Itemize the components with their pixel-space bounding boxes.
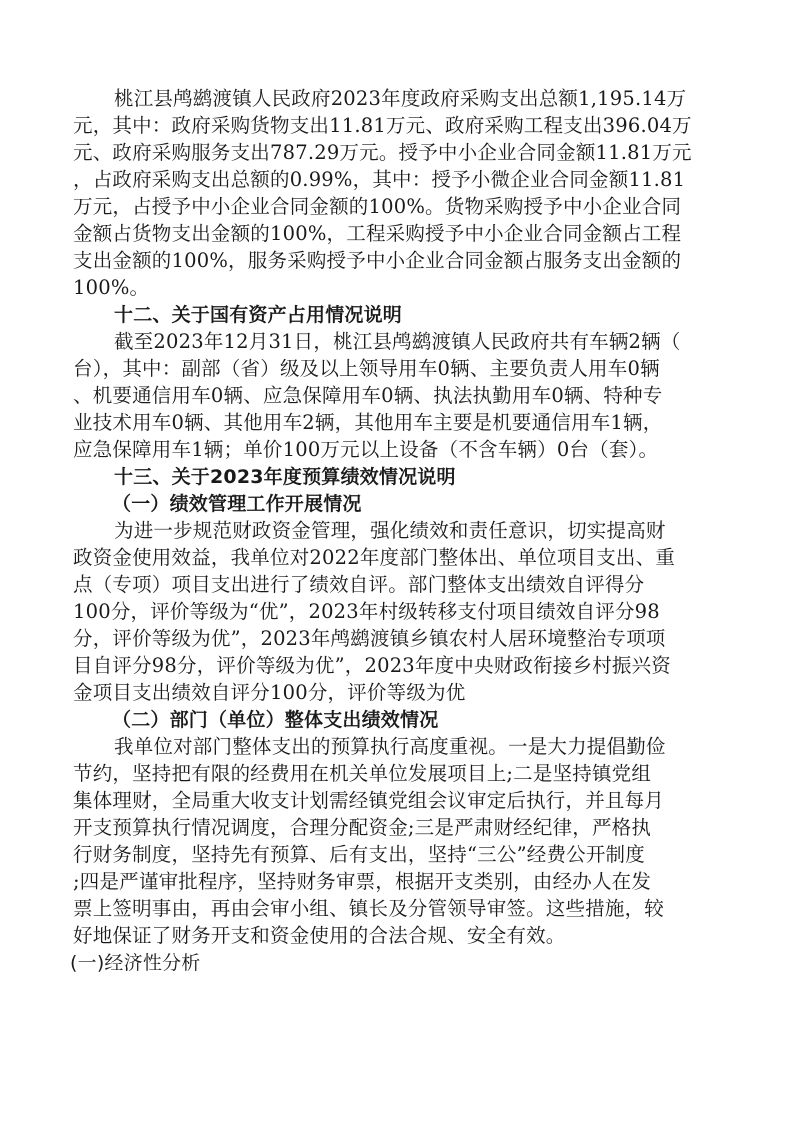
paragraph-line: 桃江县鸬鹚渡镇人民政府2023年度政府采购支出总额1,195.14万 (114, 86, 686, 112)
section-heading-13: 十三、关于2023年度预算绩效情况说明 (114, 464, 456, 490)
paragraph-line: 开支预算执行情况调度，合理分配资金;三是严肃财经纪律，严格执 (73, 815, 651, 841)
paragraph-line: 分，评价等级为优”，2023年鸬鹚渡镇乡镇农村人居环境整治专项项 (73, 626, 666, 652)
paragraph-line: 元、政府采购服务支出787.29万元。授予中小企业合同金额11.81万元 (73, 140, 692, 166)
paragraph-line: 行财务制度，坚持先有预算、后有支出，坚持“三公”经费公开制度 (73, 842, 645, 868)
paragraph-line: 政资金使用效益，我单位对2022年度部门整体出、单位项目支出、重 (73, 545, 675, 571)
subsection-heading-economy: (一)经济性分析 (70, 950, 200, 976)
paragraph-line: 支出金额的100%，服务采购授予中小企业合同金额占服务支出金额的 (73, 248, 681, 274)
paragraph-line: 元，其中：政府采购货物支出11.81万元、政府采购工程支出396.04万 (73, 113, 692, 139)
paragraph-line: 我单位对部门整体支出的预算执行高度重视。一是大力提倡勤俭 (114, 734, 666, 760)
subsection-heading-1: （一）绩效管理工作开展情况 (112, 491, 362, 517)
paragraph-line: 万元，占授予中小企业合同金额的100%。货物采购授予中小企业合同 (73, 194, 681, 220)
paragraph-line: 为进一步规范财政资金管理，强化绩效和责任意识，切实提高财 (114, 518, 666, 544)
paragraph-line: 100分，评价等级为“优”，2023年村级转移支付项目绩效自评分98 (73, 599, 660, 625)
paragraph-line: 、机要通信用车0辆、应急保障用车0辆、执法执勤用车0辆、特种专 (73, 383, 662, 409)
paragraph-line: 金额占货物支出金额的100%，工程采购授予中小企业合同金额占工程 (73, 221, 681, 247)
subsection-heading-2: （二）部门（单位）整体支出绩效情况 (112, 707, 438, 733)
paragraph-line: 目自评分98分，评价等级为优”，2023年度中央财政衔接乡村振兴资 (73, 653, 671, 679)
document-page: 桃江县鸬鹚渡镇人民政府2023年度政府采购支出总额1,195.14万 元，其中：… (0, 0, 793, 1122)
paragraph-line: 节约，坚持把有限的经费用在机关单位发展项目上;二是坚持镇党组 (73, 761, 651, 787)
section-heading-12: 十二、关于国有资产占用情况说明 (114, 302, 402, 328)
paragraph-line: ;四是严谨审批程序，坚持财务审票，根据开支类别，由经办人在发 (73, 869, 651, 895)
paragraph-line: 台），其中：副部（省）级及以上领导用车0辆、主要负责人用车0辆 (73, 356, 660, 382)
paragraph-line: ，占政府采购支出总额的0.99%，其中：授予小微企业合同金额11.81 (73, 167, 685, 193)
paragraph-line: 好地保证了财务开支和资金使用的合法合规、安全有效。 (73, 923, 566, 949)
paragraph-line: 应急保障用车1辆；单价100万元以上设备（不含车辆）0台（套）。 (73, 437, 658, 463)
paragraph-line: 业技术用车0辆、其他用车2辆，其他用车主要是机要通信用车1辆， (73, 410, 662, 436)
paragraph-line: 100%。 (73, 275, 149, 301)
paragraph-line: 金项目支出绩效自评分100分，评价等级为优 (73, 680, 465, 706)
paragraph-line: 截至2023年12月31日，桃江县鸬鹚渡镇人民政府共有车辆2辆（ (114, 329, 681, 355)
paragraph-line: 票上签明事由，再由会审小组、镇长及分管领导审签。这些措施，较 (73, 896, 664, 922)
paragraph-line: 集体理财，全局重大收支计划需经镇党组会议审定后执行，并且每月 (73, 788, 664, 814)
paragraph-line: 点（专项）项目支出进行了绩效自评。部门整体支出绩效自评得分 (73, 572, 644, 598)
